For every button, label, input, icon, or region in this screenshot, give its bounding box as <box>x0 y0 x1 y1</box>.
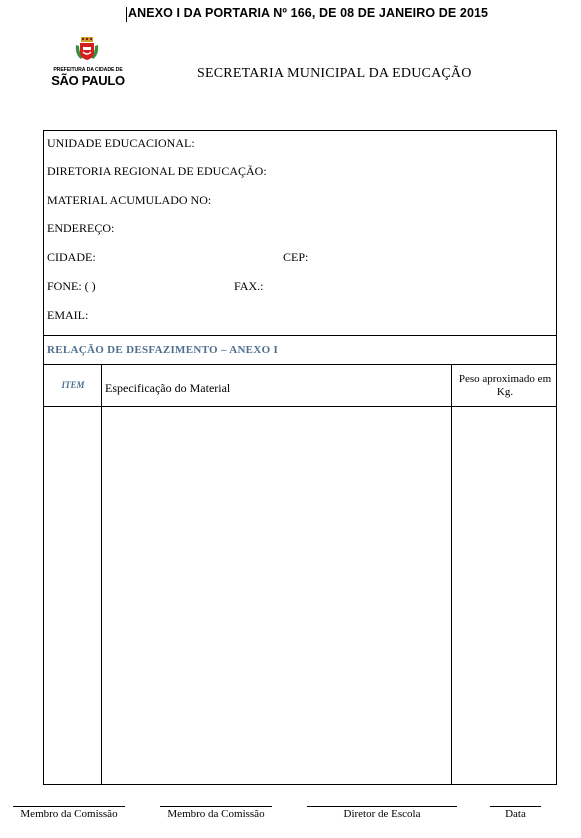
signature-line <box>490 806 541 807</box>
field-email[interactable]: EMAIL: <box>47 308 88 323</box>
divider <box>43 406 557 407</box>
annex-title: ANEXO I DA PORTARIA Nº 166, DE 08 DE JAN… <box>128 6 528 20</box>
divider <box>43 335 557 336</box>
signature-label: Membro da Comissão <box>20 808 117 820</box>
city-crest-icon <box>69 37 105 61</box>
column-header-weight: Peso aproximado em Kg. <box>453 373 557 399</box>
signature-line <box>307 806 457 807</box>
column-divider <box>101 364 102 785</box>
field-cidade[interactable]: CIDADE: <box>47 250 96 265</box>
column-divider <box>451 364 452 785</box>
section-heading: RELAÇÃO DE DESFAZIMENTO – ANEXO I <box>47 344 278 356</box>
table-cell-item[interactable] <box>44 408 101 784</box>
divider <box>43 364 557 365</box>
table-cell-weight[interactable] <box>453 408 556 784</box>
signature-date[interactable]: Data <box>490 806 541 820</box>
signature-line <box>160 806 272 807</box>
column-header-item: ITEM <box>44 380 102 390</box>
sao-paulo-logo: PREFEITURA DA CIDADE DE SÃO PAULO <box>46 36 130 90</box>
signature-member-1[interactable]: Membro da Comissão <box>13 806 125 820</box>
signature-member-2[interactable]: Membro da Comissão <box>160 806 272 820</box>
table-cell-specification[interactable] <box>103 408 451 784</box>
signature-label: Membro da Comissão <box>167 808 264 820</box>
field-endereco[interactable]: ENDEREÇO: <box>47 221 114 236</box>
field-fax[interactable]: FAX.: <box>234 279 263 294</box>
column-header-specification: Especificação do Material <box>105 381 230 396</box>
field-fone[interactable]: FONE: ( ) <box>47 279 96 294</box>
field-material-acumulado[interactable]: MATERIAL ACUMULADO NO: <box>47 193 211 208</box>
text-cursor <box>126 7 127 22</box>
signature-label: Diretor de Escola <box>344 808 421 820</box>
field-unidade-educacional[interactable]: UNIDADE EDUCACIONAL: <box>47 136 195 151</box>
signature-line <box>13 806 125 807</box>
field-diretoria-regional[interactable]: DIRETORIA REGIONAL DE EDUCAÇÃO: <box>47 164 267 179</box>
signature-director[interactable]: Diretor de Escola <box>307 806 457 820</box>
logo-line2: SÃO PAULO <box>46 73 130 88</box>
signature-label: Data <box>505 808 526 820</box>
department-title: SECRETARIA MUNICIPAL DA EDUCAÇÃO <box>197 66 472 82</box>
field-cep[interactable]: CEP: <box>283 250 308 265</box>
